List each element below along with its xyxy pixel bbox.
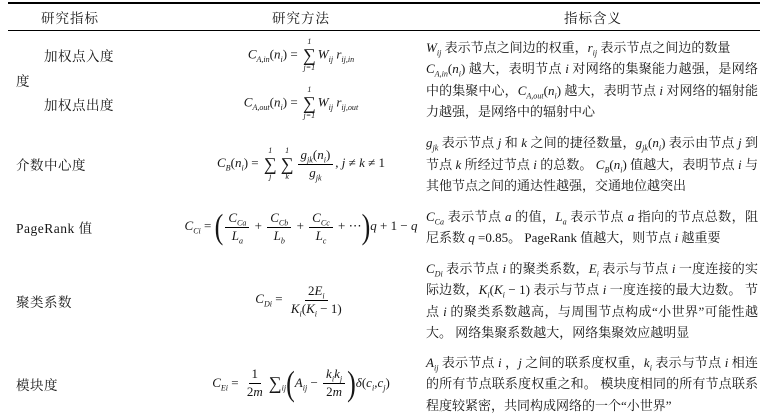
formula-betweenness: CB(ni) = 1∑j1∑kgjk(ni)gjk, j ≠ k ≠ 1: [217, 155, 385, 170]
table-header-row: 研究指标 研究方法 指标含义: [8, 4, 760, 30]
indicator-cell-betweenness: 介数中心度: [8, 154, 176, 174]
formula-weighted-out-degree: CA,out(ni) = 1∑j=1Wij rij,out: [244, 86, 358, 121]
indicator-table: 研究指标 研究方法 指标含义 度 加权点入度 加权点出度 CA,in(ni) =…: [0, 0, 768, 417]
column-header-method: 研究方法: [176, 7, 426, 27]
indicator-weighted-out-degree: 加权点出度: [44, 94, 114, 114]
indicator-cell-clustering: 聚类系数: [8, 291, 176, 311]
indicator-cell-modularity: 模块度: [8, 374, 176, 394]
formula-pagerank: CCi = (CCaLa + CCbLb + CCcLc + ⋯)q + 1 −…: [185, 218, 418, 233]
formula-weighted-in-degree: CA,in(ni) = 1∑j=1Wij rij,in: [248, 38, 354, 73]
meaning-cell-clustering: CDi 表示节点 i 的聚类系数，Ei 表示与节点 i 一度连接的实际边数，Ki…: [426, 254, 760, 348]
indicator-cell-degree: 度 加权点入度 加权点出度: [8, 31, 176, 128]
meaning-cell-degree: Wij 表示节点之间边的权重，rij 表示节点之间边的数量 CA,in(ni) …: [426, 33, 760, 127]
table-row-modularity: 模块度 CEi = 12m∑ij(Aij − kikj2m)δ(ci,cj) A…: [8, 348, 760, 417]
indicator-weighted-in-degree: 加权点入度: [44, 45, 114, 65]
formula-clustering: CDi = 2EiKi(Ki − 1): [255, 291, 346, 306]
meaning-cell-modularity: Aij 表示节点 i ，j 之间的联系度权重，ki 表示与节点 i 相连的所有节…: [426, 348, 760, 417]
table-row-betweenness: 介数中心度 CB(ni) = 1∑j1∑kgjk(ni)gjk, j ≠ k ≠…: [8, 128, 760, 201]
formula-modularity: CEi = 12m∑ij(Aij − kikj2m)δ(ci,cj): [212, 375, 390, 390]
meaning-cell-pagerank: CCa 表示节点 a 的值，La 表示节点 a 指向的节点总数，阻尼系数 q =…: [426, 202, 760, 253]
indicator-sublabels: 加权点入度 加权点出度: [44, 31, 114, 128]
table-row-pagerank: PageRank 值 CCi = (CCaLa + CCbLb + CCcLc …: [8, 201, 760, 254]
formula-cell-degree: CA,in(ni) = 1∑j=1Wij rij,in CA,out(ni) =…: [176, 31, 426, 128]
meaning-cell-betweenness: gjk 表示节点 j 和 k 之间的捷径数量，gjk(ni) 表示由节点 j 到…: [426, 128, 760, 201]
indicator-cell-pagerank: PageRank 值: [8, 217, 176, 237]
table-row-degree: 度 加权点入度 加权点出度 CA,in(ni) = 1∑j=1Wij rij,i…: [8, 31, 760, 128]
column-header-meaning: 指标含义: [426, 7, 760, 27]
indicator-group-label: 度: [16, 70, 30, 90]
column-header-indicator: 研究指标: [8, 7, 176, 27]
table-row-clustering: 聚类系数 CDi = 2EiKi(Ki − 1) CDi 表示节点 i 的聚类系…: [8, 254, 760, 348]
